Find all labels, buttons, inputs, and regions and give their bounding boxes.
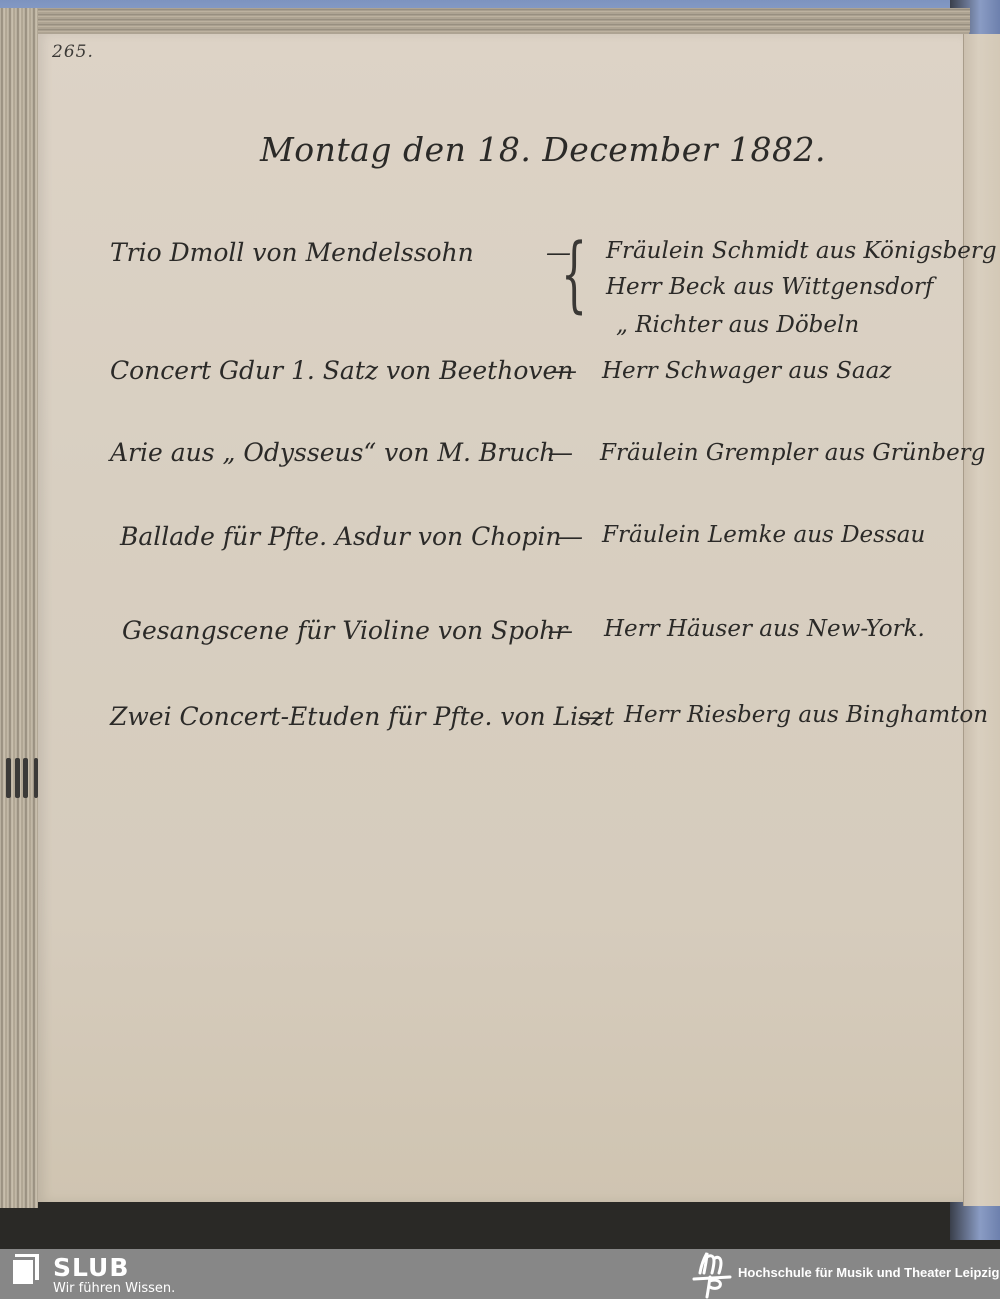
hmt-institution-name[interactable]: Hochschule für Musik und Theater Leipzig (738, 1265, 999, 1280)
binding-thread-mark (15, 758, 20, 798)
slub-book-icon[interactable] (13, 1254, 41, 1284)
manuscript-page: 265. Montag den 18. December 1882. Trio … (38, 34, 963, 1202)
performer-name: „ Richter aus Döbeln (616, 312, 859, 338)
entry-separator: — (548, 616, 573, 645)
performer-name: Herr Beck aus Wittgensdorf (606, 274, 933, 300)
performer-group-brace: { (561, 234, 587, 316)
piece-title: Concert Gdur 1. Satz von Beethoven (110, 356, 573, 385)
page-number: 265. (52, 42, 94, 62)
performer-name: Fräulein Schmidt aus Königsberg (606, 238, 997, 264)
piece-title: Gesangscene für Violine von Spohr (122, 616, 567, 645)
slub-tagline: Wir führen Wissen. (53, 1281, 175, 1296)
performer-name: Herr Riesberg aus Binghamton (624, 702, 988, 728)
entry-separator: — (552, 356, 577, 385)
viewer-footer-bar: SLUB Wir führen Wissen. Hochschule für M… (0, 1249, 1000, 1299)
performer-name: Herr Häuser aus New-York. (604, 616, 925, 642)
performer-name: Fräulein Grempler aus Grünberg (600, 440, 985, 466)
binding-thread-mark (6, 758, 11, 798)
binding-thread-mark (23, 758, 28, 798)
adjacent-page-edge (963, 34, 1000, 1206)
piece-title: Trio Dmoll von Mendelssohn (110, 238, 474, 267)
performer-name: Fräulein Lemke aus Dessau (602, 522, 925, 548)
slub-title[interactable]: SLUB (53, 1253, 129, 1282)
page-stack-left-edge (0, 8, 38, 1208)
entry-separator: — (548, 438, 573, 467)
entry-separator: — (578, 702, 603, 731)
entry-separator: — (558, 522, 583, 551)
performer-name: Herr Schwager aus Saaz (602, 358, 891, 384)
piece-title: Arie aus „ Odysseus“ von M. Bruch (110, 438, 555, 467)
manuscript-scan: 265. Montag den 18. December 1882. Trio … (0, 0, 1000, 1249)
piece-title: Ballade für Pfte. Asdur von Chopin (120, 522, 561, 551)
piece-title: Zwei Concert-Etuden für Pfte. von Liszt (110, 702, 614, 731)
hmt-monogram-logo[interactable] (692, 1251, 732, 1299)
concert-date-heading: Montag den 18. December 1882. (260, 130, 826, 169)
